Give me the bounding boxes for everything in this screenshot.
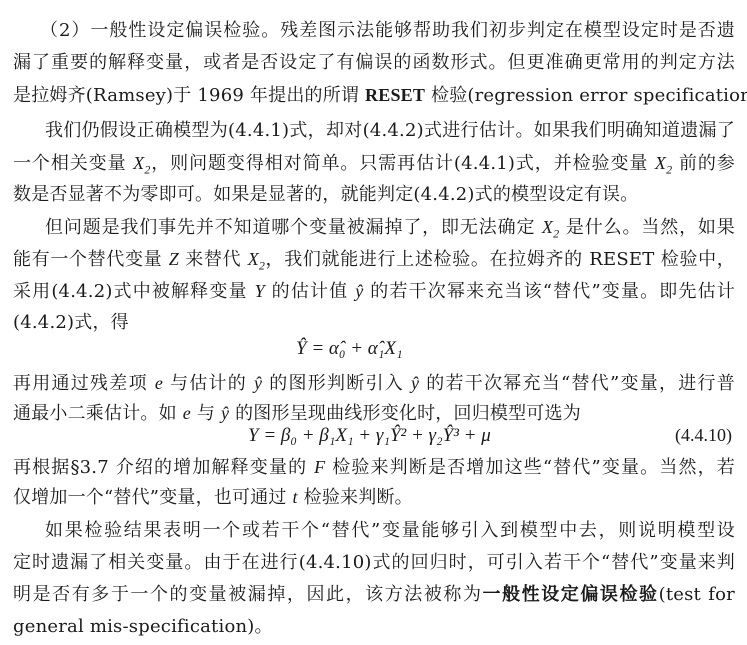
p4-line1: 再用通过残差项 e 与估计的 ŷ 的图形判断引入 ŷ 的若干次幂充当“替代”变量… [13,372,735,395]
var-yhat: ŷ [254,373,262,393]
p4-line2: 通最小二乘估计。如 e 与 ŷ 的图形呈现曲线形变化时，回归模型可选为 [13,402,735,425]
p6-line4: general mis-specification)。 [13,616,735,638]
p5-line1: 再根据§3.7 介绍的增加解释变量的 F 检验来判断是否增加这些“替代”变量。当… [13,456,735,479]
text: 与 [191,403,221,424]
reset-bold: RESET [365,85,425,105]
text: (test for [659,584,735,605]
text: 采用(4.4.2)式中被解释变量 [13,281,255,302]
text: 的若干次幂来充当该“替代”变量。即先估计 [363,281,735,302]
text: 检验来判断。 [298,487,413,508]
var-z: Z [169,249,179,269]
text: 是什么。当然，如果 [559,217,735,238]
text: 明是否有多于一个的变量被漏掉，因此，该方法被称为 [13,584,483,605]
p1-line2: 漏了重要的解释变量，或者是否设定了有偏误的函数形式。但更准确更常用的判定方法 [13,52,735,74]
text: 与估计的 [163,373,254,394]
var-x2: X2 [133,153,150,173]
text: 检验来判断是否增加这些“替代”变量。当然，若 [325,457,735,478]
equation-2: Y = β₀ + β₁X₁ + γ₁Ŷ² + γ₂Ŷ³ + μ [248,425,491,447]
p2-line2: 一个相关变量 X2，则问题变得相对简单。只需再估计(4.4.1)式，并检验变量 … [13,152,735,181]
text: 的估计值 [265,281,355,302]
text: 前的参 [672,153,735,174]
p2-line3: 数是否显著不为零即可。如果是显著的，就能判定(4.4.2)式的模型设定有误。 [13,184,735,206]
equation-number: (4.4.10) [675,425,732,446]
var-f: F [314,457,325,477]
var-e: e [183,403,191,423]
p1-line3: 是拉姆齐(Ramsey)于 1969 年提出的所谓 RESET 检验(regre… [13,84,735,107]
text: 但问题是我们事先并不知道哪个变量被漏掉了，即无法确定 [45,217,542,238]
text: 来替代 [179,249,248,270]
text: 是拉姆齐(Ramsey)于 1969 年提出的所谓 [13,85,365,106]
var-yhat: ŷ [221,403,229,423]
text: 的图形呈现曲线形变化时，回归模型可选为 [229,403,581,424]
var-yhat: ŷ [411,373,419,393]
p6-line1: 如果检验结果表明一个或若干个“替代”变量能够引入到模型中去，则说明模型设 [45,520,735,542]
text: 再用通过残差项 [13,373,155,394]
p1-line1: （2）一般性设定偏误检验。残差图示法能够帮助我们初步判定在模型设定时是否遗 [40,20,735,42]
text: 的图形判断引入 [262,373,411,394]
text: 能有一个替代变量 [13,249,169,270]
text: 一个相关变量 [13,153,133,174]
p3-line1: 但问题是我们事先并不知道哪个变量被漏掉了，即无法确定 X2 是什么。当然，如果 [45,216,735,245]
text: 仅增加一个“替代”变量，也可通过 [13,487,293,508]
bold-term: 一般性设定偏误检验 [483,584,659,605]
var-x2: X2 [542,217,559,237]
var-y: Y [255,281,265,301]
p3-line4: (4.4.2)式，得 [13,312,735,334]
text: ，则问题变得相对简单。只需再估计(4.4.1)式，并检验变量 [151,153,655,174]
text: 检验(regression error specification test)。 [425,85,747,106]
var-e: e [155,373,163,393]
p2-line1: 我们仍假设正确模型为(4.4.1)式，却对(4.4.2)式进行估计。如果我们明确… [45,120,735,142]
text: 的若干次幂充当“替代”变量，进行普 [419,373,735,394]
p6-line3: 明是否有多于一个的变量被漏掉，因此，该方法被称为一般性设定偏误检验(test f… [13,584,735,606]
var-x2: X2 [655,153,672,173]
p3-line3: 采用(4.4.2)式中被解释变量 Y 的估计值 ŷ 的若干次幂来充当该“替代”变… [13,280,735,303]
var-x2: X2 [248,249,265,269]
text: ，我们就能进行上述检验。在拉姆齐的 RESET 检验中， [265,249,735,270]
p3-line2: 能有一个替代变量 Z 来替代 X2，我们就能进行上述检验。在拉姆齐的 RESET… [13,248,735,277]
p5-line2: 仅增加一个“替代”变量，也可通过 t 检验来判断。 [13,486,735,509]
text: 通最小二乘估计。如 [13,403,183,424]
text: 再根据§3.7 介绍的增加解释变量的 [13,457,314,478]
p6-line2: 定时遗漏了相关变量。由于在进行(4.4.10)式的回归时，可引入若干个“替代”变… [13,552,735,574]
equation-1: Ŷ = α̂₀ + α̂₁X₁ [296,338,403,360]
